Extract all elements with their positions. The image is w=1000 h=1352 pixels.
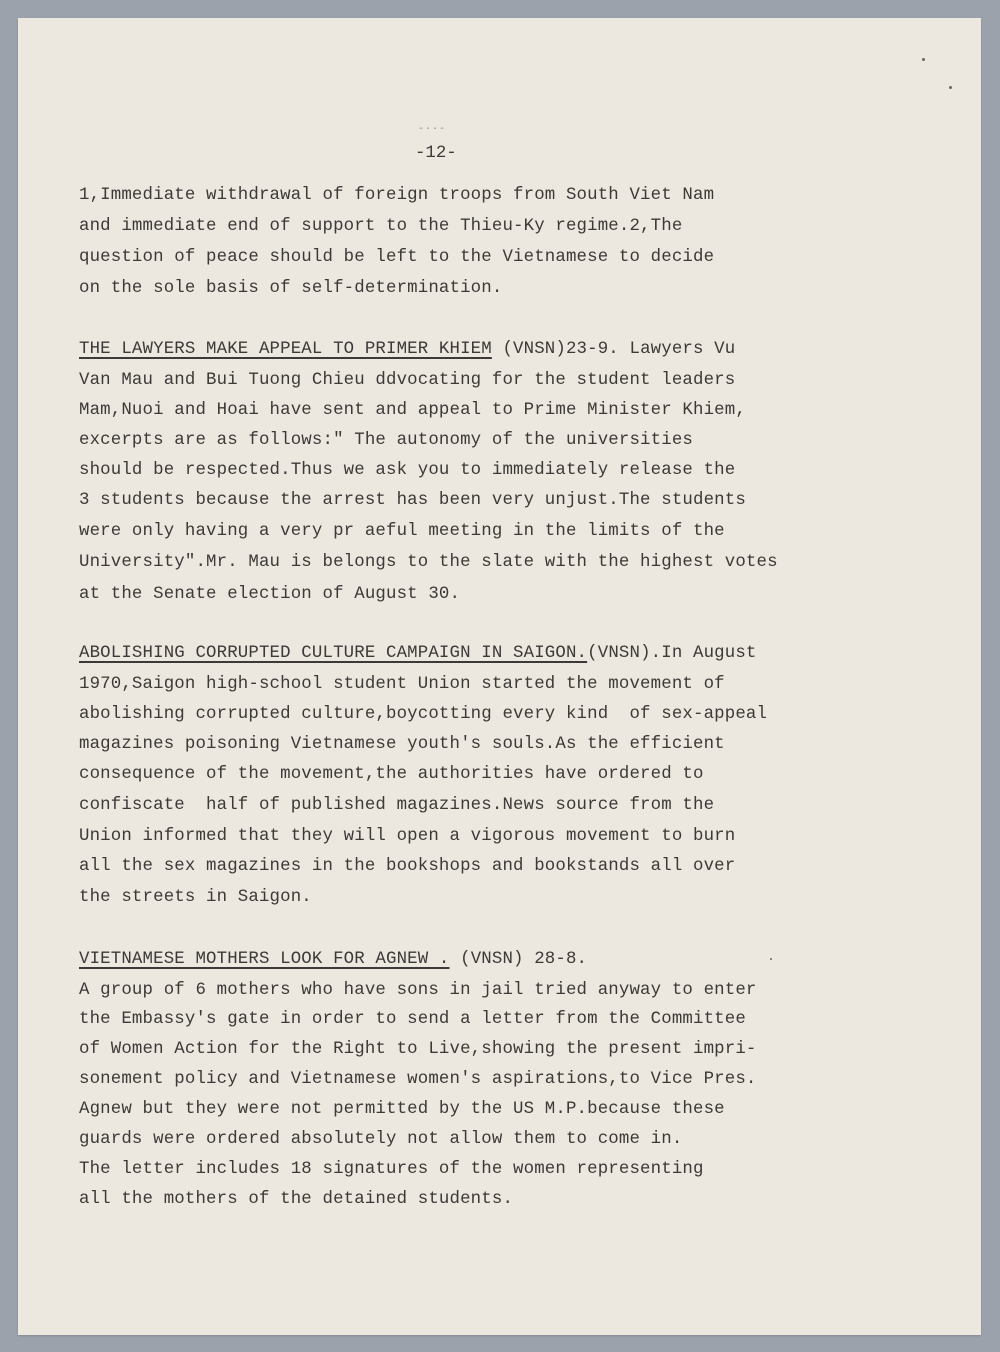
text-line: Union informed that they will open a vig… xyxy=(79,825,735,849)
text-line: 3 students because the arrest has been v… xyxy=(79,489,746,513)
section-heading: THE LAWYERS MAKE APPEAL TO PRIMER KHIEM xyxy=(79,340,492,359)
text-line: on the sole basis of self-determination. xyxy=(79,277,502,301)
text-line: 1970,Saigon high-school student Union st… xyxy=(79,673,725,697)
section-heading-line: VIETNAMESE MOTHERS LOOK FOR AGNEW . (VNS… xyxy=(79,948,587,972)
text-line: A group of 6 mothers who have sons in ja… xyxy=(79,979,757,1003)
section-heading-source: (VNSN) 28-8. xyxy=(450,950,588,969)
paper-speck xyxy=(949,86,952,89)
text-line: and immediate end of support to the Thie… xyxy=(79,215,682,239)
text-line: the Embassy's gate in order to send a le… xyxy=(79,1008,746,1032)
text-line: question of peace should be left to the … xyxy=(79,246,714,270)
text-line: Van Mau and Bui Tuong Chieu ddvocating f… xyxy=(79,369,735,393)
section-heading-source: (VNSN).In August xyxy=(587,644,756,663)
text-line: all the mothers of the detained students… xyxy=(79,1188,513,1212)
text-line: Mam,Nuoi and Hoai have sent and appeal t… xyxy=(79,399,746,423)
section-heading-source: (VNSN)23-9. Lawyers Vu xyxy=(492,340,735,359)
text-line: Agnew but they were not permitted by the… xyxy=(79,1098,725,1122)
document-page: -··- -12- 1,Immediate withdrawal of fore… xyxy=(18,18,981,1335)
text-line: at the Senate election of August 30. xyxy=(79,583,460,607)
text-line: sonement policy and Vietnamese women's a… xyxy=(79,1068,757,1092)
section-heading: ABOLISHING CORRUPTED CULTURE CAMPAIGN IN… xyxy=(79,644,587,663)
section-abolishing-culture: ABOLISHING CORRUPTED CULTURE CAMPAIGN IN… xyxy=(79,642,121,851)
text-line: The letter includes 18 signatures of the… xyxy=(79,1158,704,1182)
text-line: excerpts are as follows:" The autonomy o… xyxy=(79,429,693,453)
text-line: consequence of the movement,the authorit… xyxy=(79,763,704,787)
text-line: abolishing corrupted culture,boycotting … xyxy=(79,703,767,727)
paper-speck xyxy=(770,958,772,960)
top-mark: -··- xyxy=(418,124,446,135)
section-heading-line: ABOLISHING CORRUPTED CULTURE CAMPAIGN IN… xyxy=(79,642,757,666)
intro-paragraph: 1,Immediate withdrawal of foreign troops… xyxy=(79,184,121,298)
text-line: 1,Immediate withdrawal of foreign troops… xyxy=(79,184,714,208)
paper-speck xyxy=(922,58,925,61)
section-mothers-agnew: VIETNAMESE MOTHERS LOOK FOR AGNEW . (VNS… xyxy=(79,948,121,1157)
text-line: were only having a very pr aeful meeting… xyxy=(79,520,725,544)
section-lawyers-appeal: THE LAWYERS MAKE APPEAL TO PRIMER KHIEM … xyxy=(79,338,121,547)
text-line: should be respected.Thus we ask you to i… xyxy=(79,459,735,483)
text-line: all the sex magazines in the bookshops a… xyxy=(79,855,735,879)
section-heading: VIETNAMESE MOTHERS LOOK FOR AGNEW . xyxy=(79,950,450,969)
text-line: confiscate half of published magazines.N… xyxy=(79,794,714,818)
text-line: the streets in Saigon. xyxy=(79,886,312,910)
text-line: magazines poisoning Vietnamese youth's s… xyxy=(79,733,725,757)
section-heading-line: THE LAWYERS MAKE APPEAL TO PRIMER KHIEM … xyxy=(79,338,735,362)
text-line: of Women Action for the Right to Live,sh… xyxy=(79,1038,757,1062)
text-line: University".Mr. Mau is belongs to the sl… xyxy=(79,551,778,575)
page-number: -12- xyxy=(415,144,457,163)
text-line: guards were ordered absolutely not allow… xyxy=(79,1128,682,1152)
